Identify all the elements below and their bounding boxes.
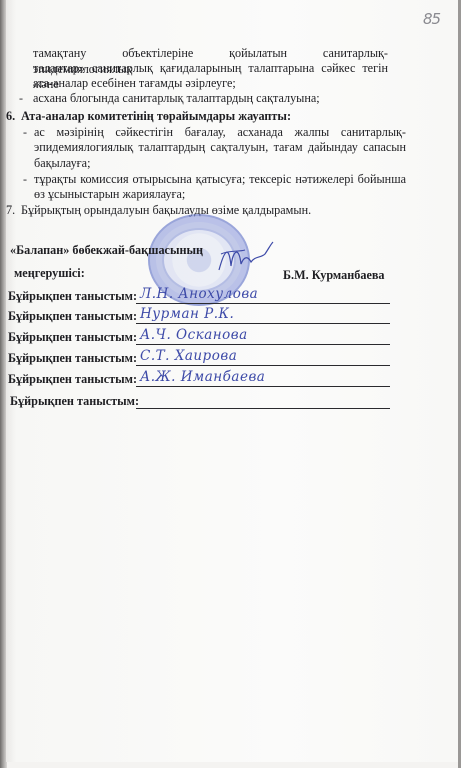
ack-label-2: Бұйрықпен таныстым: xyxy=(8,309,137,324)
item6-bullet1-line2: эпидемиялогиялық талаптардың сақталуын, … xyxy=(34,140,406,156)
ack-signature-1: Л.Н. Анохулова xyxy=(140,286,258,302)
item7-number: 7. xyxy=(6,203,15,219)
bullet-dash: - xyxy=(19,91,23,106)
org-name: «Балапан» бөбекжай-бақшасының xyxy=(10,243,203,259)
ack-label-3: Бұйрықпен таныстым: xyxy=(8,330,137,345)
ack-signature-4: С.Т. Хаирова xyxy=(140,348,237,364)
ack-signature-3: А.Ч. Осканова xyxy=(140,327,248,343)
item5-line3: ата-аналар есебінен тағамды әзірлеуге; xyxy=(33,76,236,92)
ack-line-6 xyxy=(136,408,390,409)
item6-bullet1-line3: бақылауға; xyxy=(34,156,90,172)
ack-line-2 xyxy=(136,323,390,324)
bullet-dash: - xyxy=(23,125,27,140)
director-signature xyxy=(215,240,275,278)
item6-heading: Ата-аналар комитетінің төрайымдары жауап… xyxy=(21,109,291,125)
item6-bullet2-line2: өз ұсыныстарын жариялауға; xyxy=(34,187,185,203)
ack-signature-2: Нурман Р.К. xyxy=(140,306,234,322)
ack-label-1: Бұйрықпен таныстым: xyxy=(8,289,137,304)
bullet-dash: - xyxy=(23,172,27,187)
director-name: Б.М. Курманбаева xyxy=(283,268,385,284)
ack-label-4: Бұйрықпен таныстым: xyxy=(8,351,137,366)
item6-bullet2-line1: тұрақты комиссия отырысына қатысуға; тек… xyxy=(34,172,406,188)
page-number: 85 xyxy=(423,10,440,28)
ack-signature-5: А.Ж. Иманбаева xyxy=(140,369,265,385)
item6-number: 6. xyxy=(6,109,15,125)
item6-bullet1-line1: ас мәзірінің сәйкестігін бағалау, асхана… xyxy=(34,125,406,141)
ack-label-6: Бұйрықпен таныстым: xyxy=(10,394,139,409)
ack-line-3 xyxy=(136,344,390,345)
ack-label-5: Бұйрықпен таныстым: xyxy=(8,372,137,387)
item5-bullet2: асхана блогында санитарлық талаптардың с… xyxy=(33,91,320,107)
ack-line-4 xyxy=(136,365,390,366)
position-title: меңгерушісі: xyxy=(14,266,85,282)
item7-text: Бұйрықтың орындалуын бақылауды өзіме қал… xyxy=(21,203,311,219)
ack-line-1 xyxy=(136,303,390,304)
ack-line-5 xyxy=(136,386,390,387)
